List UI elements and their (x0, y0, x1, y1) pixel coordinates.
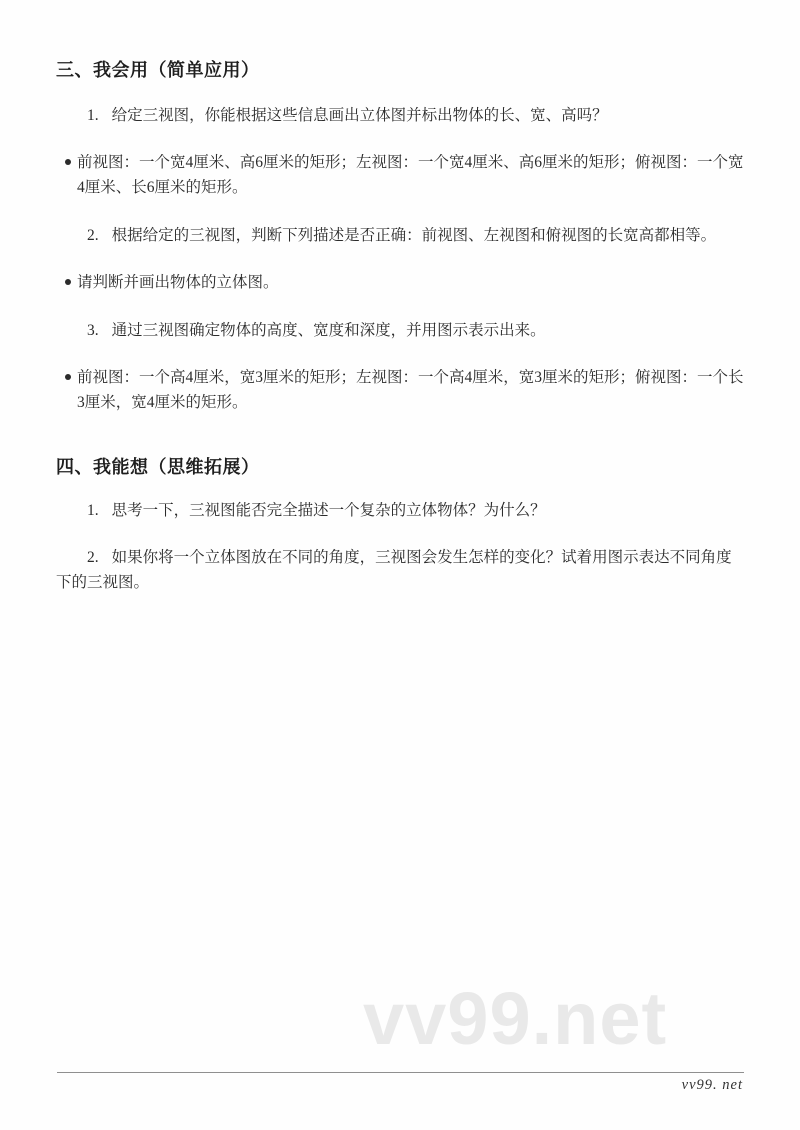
item-text: 根据给定的三视图，判断下列描述是否正确：前视图、左视图和俯视图的长宽高都相等。 (112, 227, 717, 244)
item-text: 通过三视图确定物体的高度、宽度和深度，并用图示表示出来。 (112, 322, 546, 339)
bullet-icon (65, 374, 71, 380)
section-3-heading: 三、我会用（简单应用） (56, 58, 746, 82)
item-text: 给定三视图，你能根据这些信息画出立体图并标出物体的长、宽、高吗？ (112, 107, 608, 124)
section-3-item-3: 3.通过三视图确定物体的高度、宽度和深度，并用图示表示出来。 (56, 318, 746, 343)
document-content: 三、我会用（简单应用） 1.给定三视图，你能根据这些信息画出立体图并标出物体的长… (56, 58, 746, 617)
bullet-icon (65, 279, 71, 285)
section-3-bullet-1: 前视图：一个宽4厘米、高6厘米的矩形；左视图：一个宽4厘米、高6厘米的矩形；俯视… (56, 150, 746, 200)
item-number: 1. (87, 107, 99, 124)
item-text: 思考一下，三视图能否完全描述一个复杂的立体物体？为什么？ (112, 502, 546, 519)
item-number: 2. (87, 549, 99, 566)
bullet-text: 前视图：一个宽4厘米、高6厘米的矩形；左视图：一个宽4厘米、高6厘米的矩形；俯视… (77, 154, 744, 196)
item-number: 3. (87, 322, 99, 339)
section-3-item-2: 2.根据给定的三视图，判断下列描述是否正确：前视图、左视图和俯视图的长宽高都相等… (56, 223, 746, 248)
document-page: 三、我会用（简单应用） 1.给定三视图，你能根据这些信息画出立体图并标出物体的长… (0, 0, 800, 1130)
bullet-text: 前视图：一个高4厘米，宽3厘米的矩形；左视图：一个高4厘米，宽3厘米的矩形；俯视… (77, 369, 744, 411)
section-4-heading: 四、我能想（思维拓展） (56, 455, 746, 479)
section-3-bullet-2: 请判断并画出物体的立体图。 (56, 270, 746, 295)
footer-site-label: vv99. net (682, 1077, 743, 1094)
section-4-item-1: 1.思考一下，三视图能否完全描述一个复杂的立体物体？为什么？ (56, 498, 746, 523)
footer-divider (57, 1072, 744, 1073)
section-3-bullet-3: 前视图：一个高4厘米，宽3厘米的矩形；左视图：一个高4厘米，宽3厘米的矩形；俯视… (56, 365, 746, 415)
section-3-item-1: 1.给定三视图，你能根据这些信息画出立体图并标出物体的长、宽、高吗？ (56, 103, 746, 128)
item-text: 如果你将一个立体图放在不同的角度，三视图会发生怎样的变化？试着用图示表达不同角度… (56, 549, 732, 591)
section-4-item-2: 2.如果你将一个立体图放在不同的角度，三视图会发生怎样的变化？试着用图示表达不同… (56, 545, 746, 595)
item-number: 2. (87, 227, 99, 244)
bullet-icon (65, 159, 71, 165)
bullet-text: 请判断并画出物体的立体图。 (77, 274, 279, 291)
item-number: 1. (87, 502, 99, 519)
watermark: vv99.net (363, 976, 667, 1061)
